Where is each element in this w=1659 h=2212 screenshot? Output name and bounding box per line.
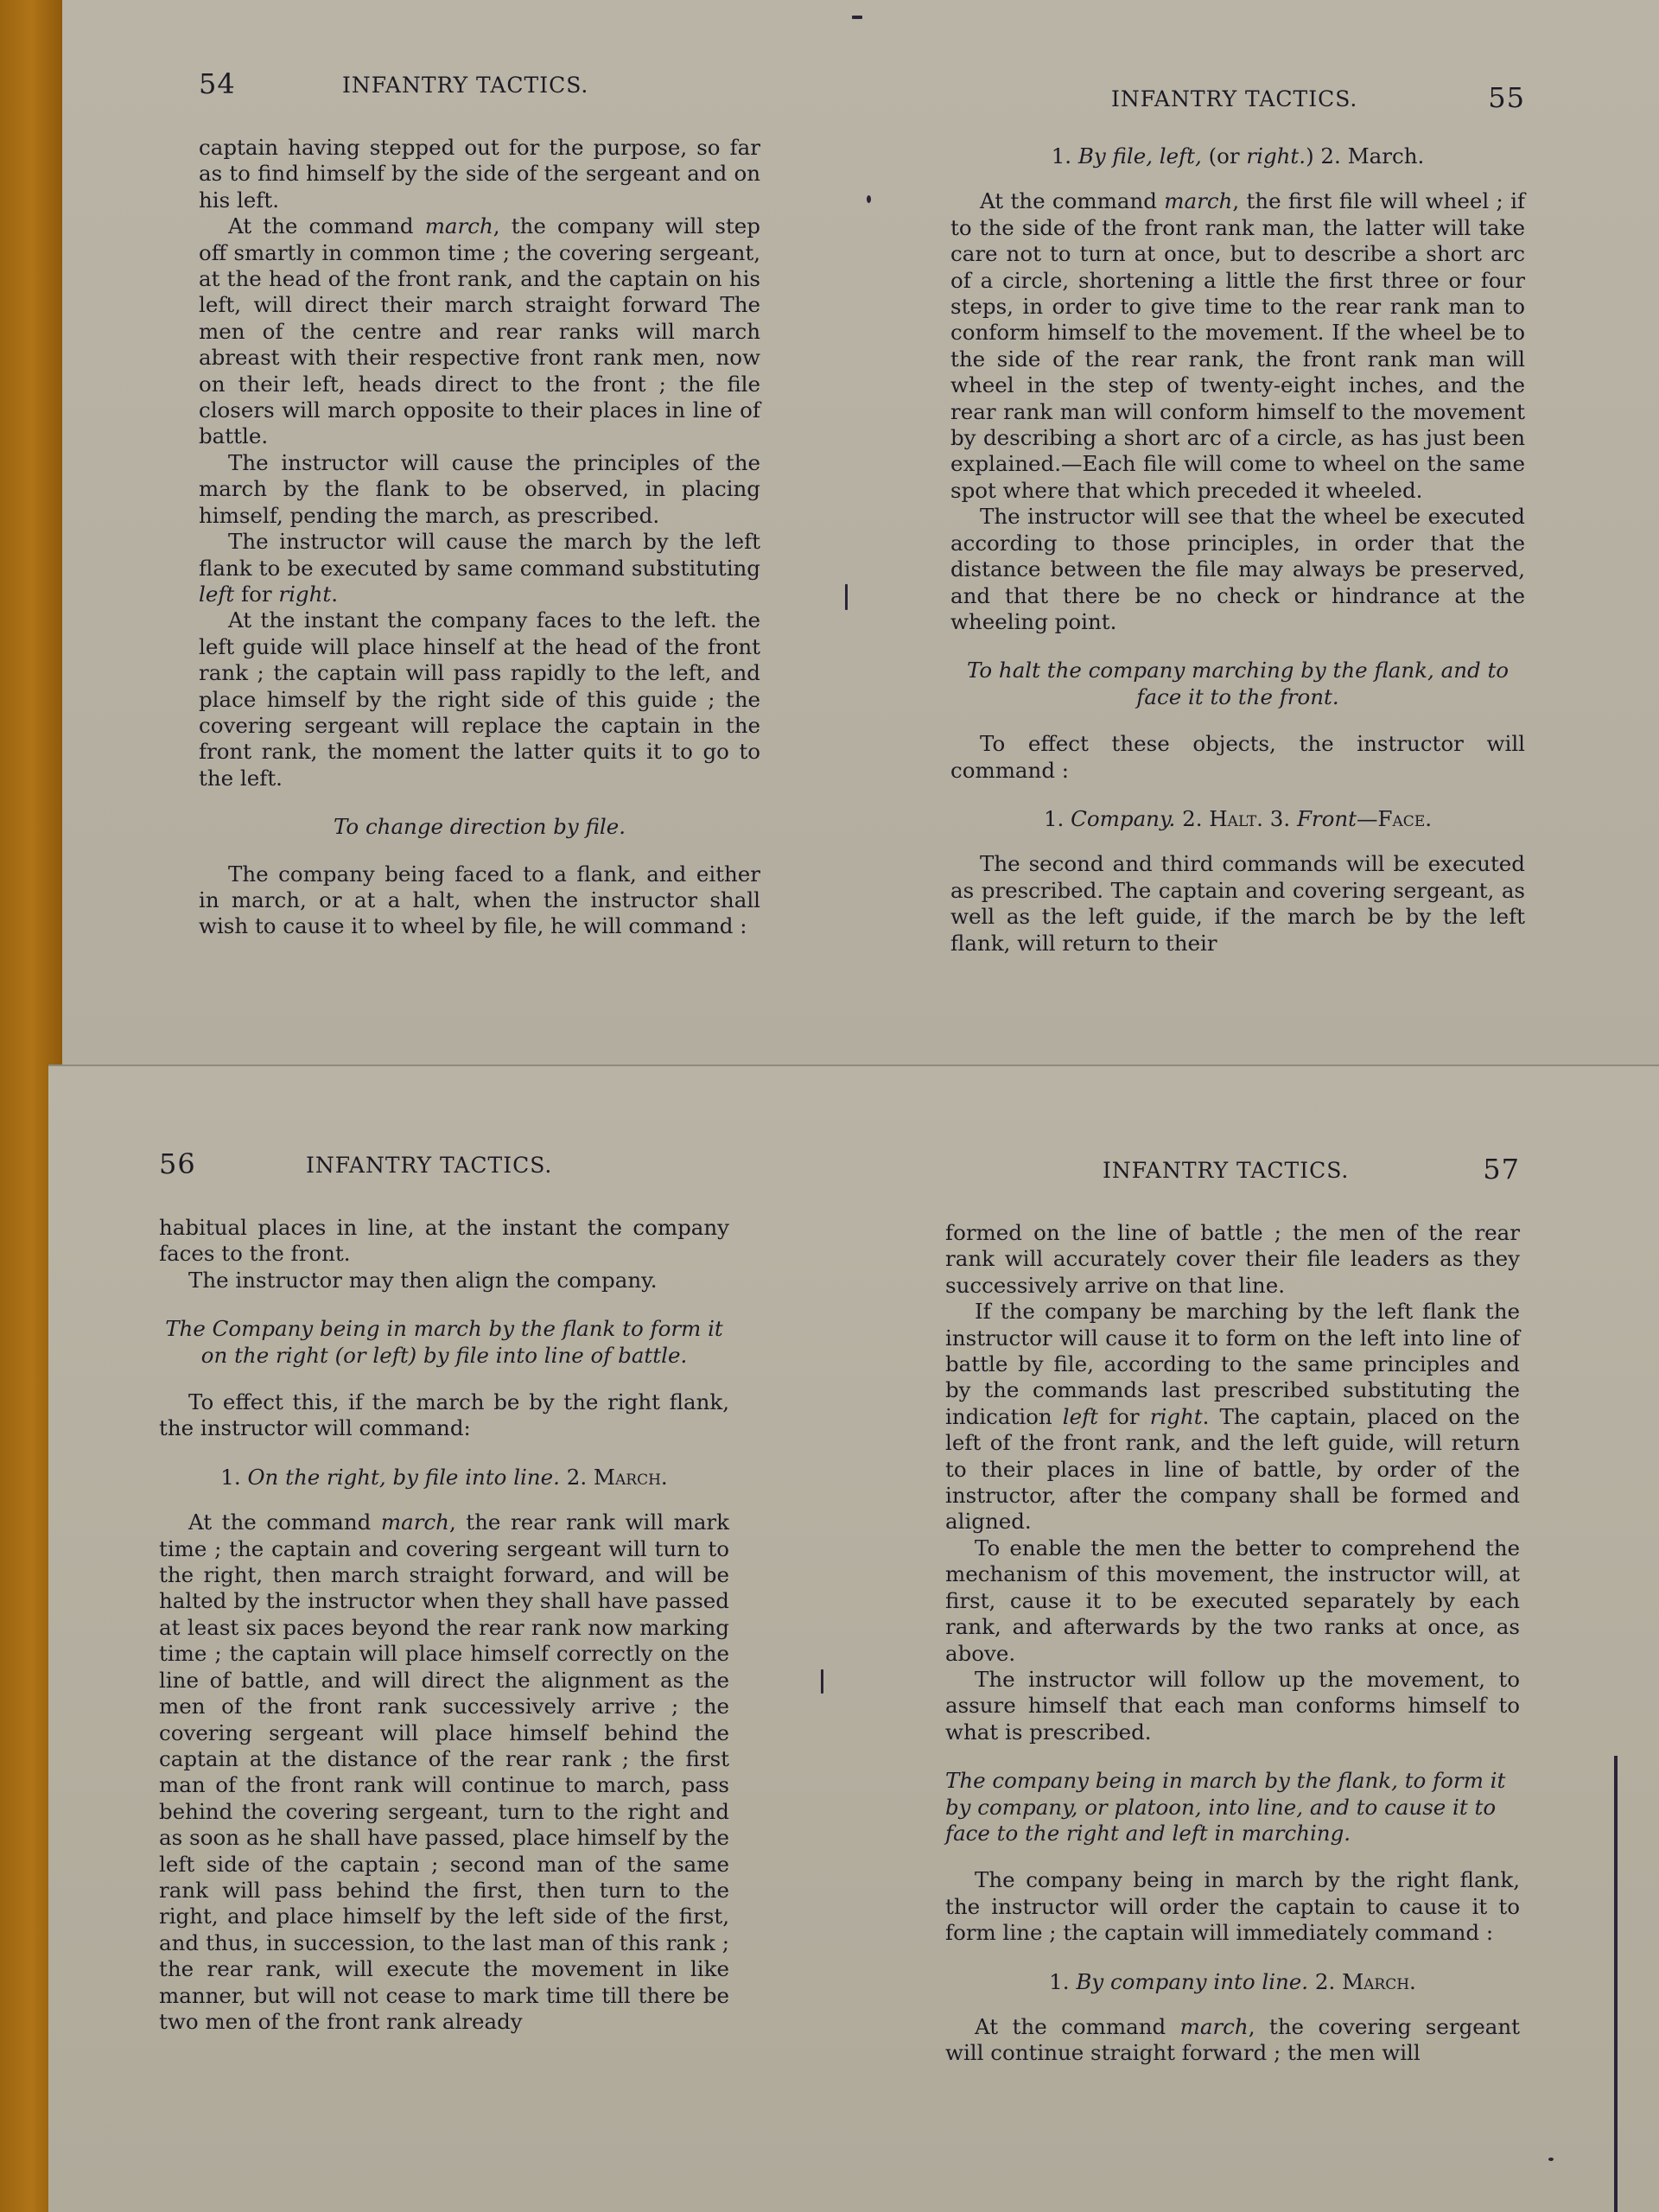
paragraph: The company being faced to a flank, and … <box>199 861 760 940</box>
section-heading: To halt the company marching by the flan… <box>950 658 1525 710</box>
paragraph: The instructor will cause the principles… <box>199 450 760 529</box>
page-number: 56 <box>159 1147 196 1180</box>
running-head: 56 INFANTRY TACTICS. <box>159 1153 729 1205</box>
page-body: 1. By file, left, (or right.) 2. March. … <box>950 143 1525 957</box>
paragraph: The instructor will follow up the moveme… <box>945 1667 1520 1745</box>
paragraph: To effect these objects, the instructor … <box>950 731 1525 784</box>
paragraph: The instructor may then align the compan… <box>159 1268 729 1294</box>
command-line: 1. On the right, by file into line. 2. M… <box>159 1465 729 1491</box>
page-number: 55 <box>1488 81 1525 114</box>
command-line: 1. By company into line. 2. March. <box>945 1969 1520 1995</box>
running-title: INFANTRY TACTICS. <box>1103 1158 1349 1183</box>
paragraph: To effect this, if the march be by the r… <box>159 1389 729 1442</box>
page-body: captain having stepped out for the purpo… <box>199 135 760 940</box>
ink-speck <box>1548 2158 1554 2161</box>
section-heading: The company being in march by the flank,… <box>945 1768 1520 1847</box>
paragraph: The instructor will cause the march by t… <box>199 529 760 607</box>
page-57: INFANTRY TACTICS. 57 formed on the line … <box>945 1158 1520 2067</box>
section-heading: To change direction by file. <box>199 814 760 840</box>
page-number: 54 <box>199 67 236 100</box>
paragraph: At the command march, the covering serge… <box>945 2014 1520 2067</box>
ink-speck <box>845 584 848 610</box>
paragraph: The company being in march by the right … <box>945 1867 1520 1946</box>
page-body: habitual places in line, at the instant … <box>159 1215 729 2035</box>
paragraph: At the command march, the company will s… <box>199 213 760 450</box>
paragraph: At the instant the company faces to the … <box>199 607 760 791</box>
running-head: INFANTRY TACTICS. 55 <box>950 86 1525 138</box>
ink-speck <box>867 195 871 203</box>
paragraph: At the command march, the first file wil… <box>950 188 1525 504</box>
running-title: INFANTRY TACTICS. <box>1111 86 1357 111</box>
page-edge-rule <box>1614 1756 1618 2212</box>
running-head: 54 INFANTRY TACTICS. <box>199 73 760 124</box>
paragraph: formed on the line of battle ; the men o… <box>945 1220 1520 1299</box>
paragraph: The second and third commands will be ex… <box>950 851 1525 957</box>
page-55: INFANTRY TACTICS. 55 1. By file, left, (… <box>950 86 1525 957</box>
running-title: INFANTRY TACTICS. <box>342 73 588 98</box>
paragraph: The instructor will see that the wheel b… <box>950 504 1525 635</box>
paragraph: captain having stepped out for the purpo… <box>199 135 760 213</box>
running-title: INFANTRY TACTICS. <box>306 1153 552 1178</box>
running-head: INFANTRY TACTICS. 57 <box>945 1158 1520 1210</box>
page-54: 54 INFANTRY TACTICS. captain having step… <box>199 73 760 940</box>
command-line: 1. Company. 2. Halt. 3. Front—Face. <box>950 806 1525 832</box>
section-heading: The Company being in march by the flank … <box>159 1316 729 1369</box>
paragraph: At the command march, the rear rank will… <box>159 1510 729 2035</box>
paragraph: If the company be marching by the left f… <box>945 1299 1520 1535</box>
page-number: 57 <box>1483 1153 1520 1185</box>
ink-speck <box>821 1669 823 1694</box>
page-56: 56 INFANTRY TACTICS. habitual places in … <box>159 1153 729 2035</box>
paragraph: habitual places in line, at the instant … <box>159 1215 729 1268</box>
paragraph: To enable the men the better to comprehe… <box>945 1535 1520 1667</box>
ink-speck <box>852 16 862 19</box>
page-body: formed on the line of battle ; the men o… <box>945 1220 1520 2067</box>
command-line: 1. By file, left, (or right.) 2. March. <box>950 143 1525 169</box>
